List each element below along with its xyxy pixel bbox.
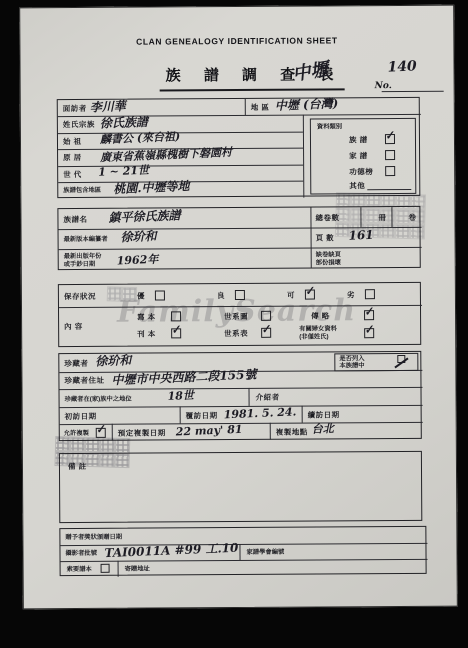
request-copy-label: 索要譜本 — [67, 566, 92, 574]
content-biography-checkbox: ✓ — [364, 310, 374, 320]
first-ancestor-label: 始 祖 — [63, 138, 82, 146]
document-page: CLAN GENEALOGY IDENTIFICATION SHEET 族 譜 … — [19, 5, 458, 610]
condition-fair-label: 可 — [287, 292, 295, 300]
first-visit-label: 初訪日期 — [65, 413, 97, 421]
film-batch-label: 攝影者批號 — [65, 550, 97, 558]
admin-table: 贈予者獎狀頒贈日期 攝影者批號 TAI0011A #99 工.10 家譜學會編號… — [59, 526, 426, 576]
content-printed-label: 刊 本 — [137, 331, 156, 339]
no-value-handwriting: 140 — [387, 59, 417, 74]
category-option-zupu-checkbox: ✓ — [385, 134, 395, 144]
category-option-gongdebang-label: 功德榜 — [349, 168, 373, 176]
keeper-position-label: 珍藏者在(家)族中之地位 — [65, 396, 132, 404]
category-label: 資料類別 — [317, 123, 342, 131]
editor-value: 徐玠和 — [120, 230, 156, 243]
second-visit-label: 覆訪日期 — [186, 412, 218, 420]
category-option-gongdebang-checkbox: ✓ — [385, 166, 395, 176]
mailing-address-label: 寄贈地址 — [125, 566, 150, 574]
english-title: CLAN GENEALOGY IDENTIFICATION SHEET — [19, 35, 454, 48]
category-option-jiapu-checkbox: ✓ — [385, 150, 395, 160]
partial-damage-label: 部份損壞 — [316, 259, 341, 267]
area-label: 地 區 — [251, 104, 270, 112]
pubyear-label-line2: 或手鈔日期 — [64, 261, 96, 269]
keeper-position-value: 18世 — [167, 390, 194, 402]
survey-info-table: 面訪者 李川華 地 區 中壢 (台灣) 姓氏宗族 徐氏族譜 始 祖 麟書公 (來… — [57, 97, 421, 198]
copy-permit-checkbox: ✓ — [96, 428, 106, 438]
volumes-unit-juan: 卷 — [408, 214, 416, 222]
second-visit-value: 1981. 5. 24. — [223, 406, 296, 420]
no-label: No. — [375, 81, 392, 91]
content-printed-checkbox: ✓ — [171, 328, 181, 338]
genealogy-name-label: 族譜名 — [63, 216, 87, 224]
introducer-label: 介紹者 — [256, 394, 280, 402]
condition-label: 保存狀況 — [64, 293, 96, 301]
content-manuscript-checkbox: ✓ — [171, 311, 181, 321]
copy-date-value: 22 may' 81 — [176, 424, 243, 438]
content-women-data-checkbox: ✓ — [364, 328, 374, 338]
surveyor-value: 李川華 — [90, 100, 126, 113]
surveyor-label: 面訪者 — [63, 105, 87, 113]
pubyear-label-line1: 最新出版年份 — [64, 253, 102, 261]
society-number-label: 家譜學會編號 — [246, 549, 284, 557]
origin-label: 原 居 — [63, 154, 82, 162]
content-label: 內 容 — [64, 323, 83, 331]
category-other-line — [367, 189, 411, 190]
keeper-label: 珍藏者 — [64, 360, 88, 368]
missing-pages-label: 缺卷缺頁 — [316, 251, 341, 259]
clan-value: 徐氏族譜 — [100, 116, 148, 130]
no-underline — [382, 91, 444, 92]
keeper-visit-table: 珍藏者 徐玠和 是否列入 本族譜中 珍藏者住址 中壢市中央西路二段155號 珍藏… — [58, 351, 422, 441]
keeper-address-label: 珍藏者住址 — [64, 377, 104, 385]
condition-fair-checkbox: ✓ — [305, 290, 315, 300]
category-option-jiapu-label: 家 譜 — [349, 152, 368, 160]
category-option-zupu-label: 族 譜 — [349, 136, 368, 144]
condition-good-label: 良 — [217, 292, 225, 300]
condition-content-table: 保存狀況 優 ✓ 良 ✓ 可 ✓ 劣 ✓ 內 容 寫 本 ✓ 世系圖 ✓ 傳 略… — [58, 282, 421, 347]
copy-date-label: 預定複製日期 — [118, 429, 166, 437]
category-box: 資料類別 族 譜 ✓ 家 譜 ✓ 功德榜 ✓ 其他 — [310, 118, 416, 195]
followup-visit-label: 續訪日期 — [308, 411, 340, 419]
generations-label: 世 代 — [63, 171, 82, 179]
keeper-value: 徐玠和 — [95, 354, 131, 367]
remarks-label: 備 註 — [68, 463, 87, 471]
content-women-data-label: 有關婦女資料 — [299, 325, 337, 333]
condition-good-checkbox: ✓ — [235, 290, 245, 300]
pages-label: 頁 數 — [316, 234, 335, 242]
content-pedigree-chart-checkbox: ✓ — [261, 311, 271, 321]
donor-award-date-label: 贈予者獎狀頒贈日期 — [65, 534, 122, 542]
copy-place-value: 台北 — [312, 423, 334, 435]
generations-value: 1 ~ 21世 — [98, 165, 149, 178]
content-manuscript-label: 寫 本 — [137, 314, 156, 322]
clan-label: 姓氏宗族 — [63, 121, 95, 129]
category-other-label: 其他 — [349, 182, 365, 190]
volumes-unit-ce: 冊 — [378, 214, 386, 222]
coverage-label: 族譜包含地區 — [63, 187, 101, 195]
scanned-sheet: CLAN GENEALOGY IDENTIFICATION SHEET 族 譜 … — [0, 0, 468, 648]
first-ancestor-value: 麟書公 (來台祖) — [100, 131, 181, 145]
listed-in-genealogy-box: 是否列入 本族譜中 — [334, 353, 418, 372]
genealogy-name-value: 鎮平徐氏族譜 — [108, 209, 180, 224]
content-women-data-sub-label: (非僅姓氏) — [299, 333, 328, 341]
coverage-value: 桃園.中壢等地 — [113, 180, 190, 195]
genealogy-detail-table: 族譜名 鎮平徐氏族譜 最新版本編纂者 徐玠和 最新出版年份 或手鈔日期 1962… — [57, 206, 420, 270]
copy-permit-label: 允許複製 — [64, 430, 89, 438]
content-pedigree-table-checkbox: ✓ — [261, 328, 271, 338]
condition-excellent-checkbox: ✓ — [155, 290, 165, 300]
listed-label-line2: 本族譜中 — [339, 362, 364, 370]
pages-value: 161 — [348, 229, 374, 242]
condition-poor-label: 劣 — [347, 291, 355, 299]
condition-poor-checkbox: ✓ — [365, 289, 375, 299]
condition-excellent-label: 優 — [137, 293, 145, 301]
remarks-box: 備 註 — [59, 451, 422, 523]
pubyear-value: 1962年 — [117, 254, 159, 267]
request-copy-checkbox: ✓ — [101, 564, 110, 573]
content-biography-label: 傳 略 — [311, 312, 330, 320]
content-pedigree-table-label: 世系表 — [224, 330, 248, 338]
copy-place-label: 複製地點 — [276, 429, 308, 437]
volumes-label: 總卷數 — [315, 214, 339, 222]
editor-label: 最新版本編纂者 — [64, 236, 108, 244]
content-pedigree-chart-label: 世系圖 — [224, 313, 248, 321]
area-value: 中壢 (台灣) — [275, 97, 339, 112]
